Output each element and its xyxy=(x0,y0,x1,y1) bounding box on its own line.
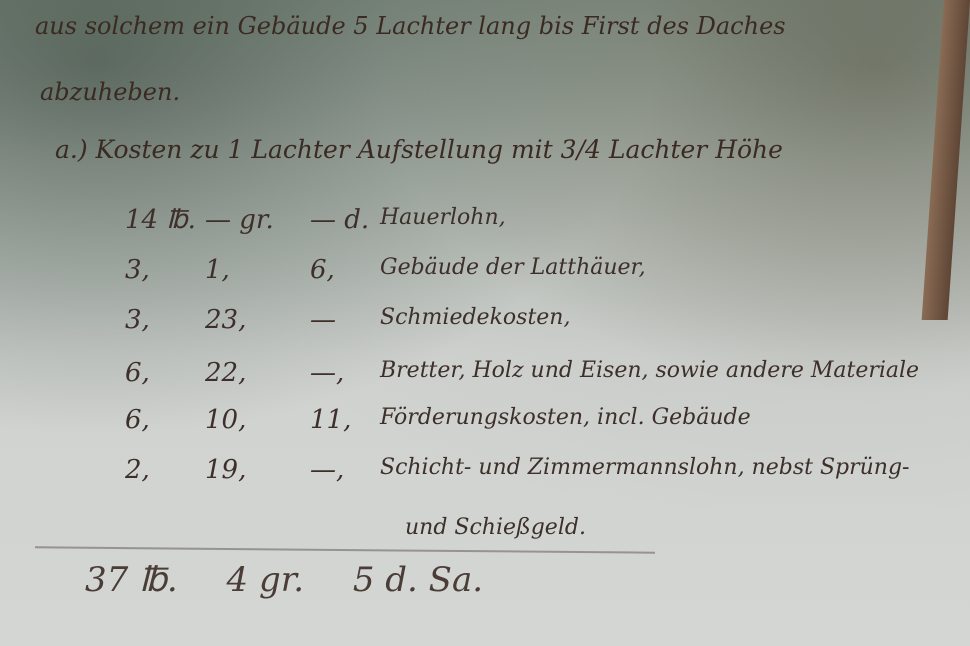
total-thaler: 37 ℔. xyxy=(85,560,178,600)
description-cell: Gebäude der Latthäuer, xyxy=(380,255,646,280)
groschen-cell: 10, xyxy=(205,405,295,435)
document-photo: aus solchem ein Gebäude 5 Lachter lang b… xyxy=(0,0,970,646)
pfennige-cell: — xyxy=(310,305,370,335)
thaler-cell: 6, xyxy=(125,358,195,388)
total-row: 37 ℔. 4 gr. 5 d. Sa. xyxy=(85,560,521,600)
pfennige-cell: —, xyxy=(310,358,370,388)
groschen-cell: — gr. xyxy=(205,205,295,235)
groschen-cell: 22, xyxy=(205,358,295,388)
description-continuation: und Schießgeld. xyxy=(405,515,586,540)
thaler-cell: 6, xyxy=(125,405,195,435)
groschen-cell: 1, xyxy=(205,255,295,285)
thaler-cell: 14 ℔. xyxy=(125,205,195,235)
total-pfennige: 5 d. Sa. xyxy=(353,560,483,600)
pfennige-cell: 11, xyxy=(310,405,370,435)
groschen-cell: 23, xyxy=(205,305,295,335)
pfennige-cell: — d. xyxy=(310,205,370,235)
thaler-cell: 2, xyxy=(125,455,195,485)
description-cell: Bretter, Holz und Eisen, sowie andere Ma… xyxy=(380,358,919,383)
description-cell: Schmiedekosten, xyxy=(380,305,570,330)
sum-rule-line xyxy=(35,546,655,553)
intro-line-2: abzuheben. xyxy=(40,78,180,106)
total-groschen: 4 gr. xyxy=(227,560,305,600)
description-cell: Schicht- und Zimmermannslohn, nebst Sprü… xyxy=(380,455,909,480)
section-heading: a.) Kosten zu 1 Lachter Aufstellung mit … xyxy=(55,135,783,164)
thaler-cell: 3, xyxy=(125,255,195,285)
description-cell: Hauerlohn, xyxy=(380,205,506,230)
pfennige-cell: 6, xyxy=(310,255,370,285)
description-cell: Förderungskosten, incl. Gebäude xyxy=(380,405,751,430)
groschen-cell: 19, xyxy=(205,455,295,485)
pfennige-cell: —, xyxy=(310,455,370,485)
adjacent-page-edge xyxy=(922,0,970,320)
thaler-cell: 3, xyxy=(125,305,195,335)
intro-line-1: aus solchem ein Gebäude 5 Lachter lang b… xyxy=(35,12,786,40)
